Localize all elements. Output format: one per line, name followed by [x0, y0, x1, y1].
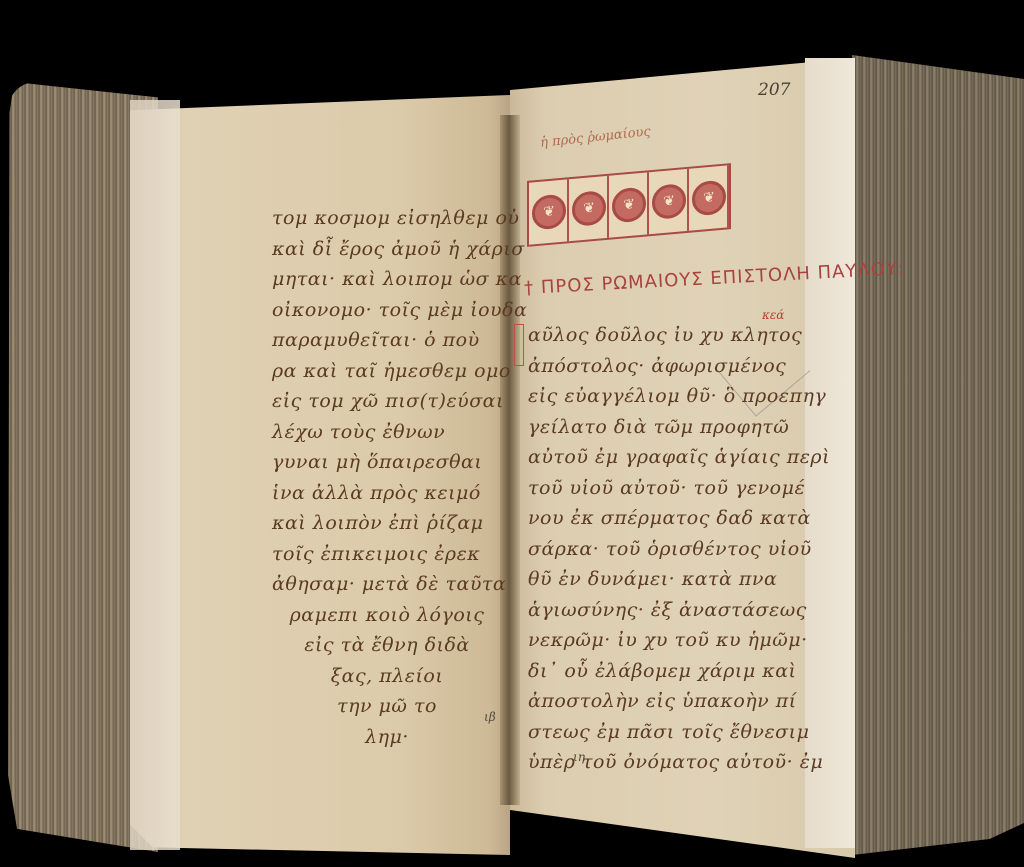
text-line: ρα καὶ ταῖ ἡμεσθεμ ομο	[272, 356, 527, 387]
text-line: σάρκα· τοῦ ὁρισθέντος υἱοῦ	[528, 534, 830, 565]
text-line: νου ἐκ σπέρματος δαδ κατὰ	[528, 503, 830, 534]
text-line: εἰς τομ χῶ πισ(τ)εύσαι	[272, 386, 527, 417]
text-line: νεκρῶμ· ἰυ χυ τοῦ κυ ἡμῶμ·	[528, 625, 830, 656]
right-quire-mark: ιη	[573, 750, 585, 764]
text-line: λέχω τοὺς ἐθνων	[272, 417, 527, 448]
text-line: εἰς εὐαγγέλιομ θῦ· ὃ προεπηγ	[528, 381, 830, 412]
text-line: ἀποστολὴν εἰς ὑπακοὴν πί	[528, 686, 830, 717]
text-line: μηται· καὶ λοιπομ ὡσ κα	[272, 264, 527, 295]
text-line: τομ κοσμομ εἰσηλθεμ οὐ	[272, 203, 527, 234]
text-line: καὶ λοιπὸν ἐπὶ ῥίζαμ	[272, 508, 527, 539]
text-line: ἀθησαμ· μετὰ δὲ ταῦτα	[272, 569, 527, 600]
roundel-icon: ❦	[612, 187, 646, 224]
text-line: καὶ δἶ ἔρος ἀμοῦ ἡ χάρισ	[272, 234, 527, 265]
left-page-text: τομ κοσμομ εἰσηλθεμ οὐ καὶ δἶ ἔρος ἀμοῦ …	[272, 203, 527, 752]
text-line: παραμυθεῖται· ὁ ποὺ	[272, 325, 527, 356]
text-line: την μῶ το	[272, 691, 502, 722]
roundel-icon: ❦	[692, 180, 726, 217]
text-line: εἰς τὰ ἔθνη διδὰ	[272, 630, 502, 661]
text-line: ἱνα ἀλλὰ πρὸς κειμό	[272, 478, 527, 509]
roundel-icon: ❦	[572, 190, 606, 227]
text-line: ξας, πλείοι	[272, 661, 502, 692]
left-flyleaf-stub	[130, 100, 180, 850]
text-line: αῦλος δοῦλος ἰυ χυ κλητος	[528, 320, 830, 351]
right-page-text: αῦλος δοῦλος ἰυ χυ κλητος ἀπόστολος· ἀφω…	[528, 320, 830, 778]
text-line: γείλατο διὰ τῶμ προφητῶ	[528, 412, 830, 443]
folio-number: 207	[758, 80, 790, 100]
text-line: ἀπόστολος· ἀφωρισμένος	[528, 351, 830, 382]
left-quire-mark: ιβ	[484, 710, 496, 724]
text-line: οἰκονομο· τοῖς μὲμ ἰουδα	[272, 295, 527, 326]
text-line: δι᾽ οὗ ἐλάβομεμ χάριμ καὶ	[528, 656, 830, 687]
text-line: τοῦ υἱοῦ αὐτοῦ· τοῦ γενομέ	[528, 473, 830, 504]
text-line: στεως ἐμ πᾶσι τοῖς ἔθνεσιμ	[528, 717, 830, 748]
text-line: ραμεπι κοιὸ λόγοις	[272, 600, 502, 631]
text-line: λημ·	[272, 722, 502, 753]
roundel-icon: ❦	[652, 183, 686, 220]
right-fore-edge	[852, 55, 1024, 855]
text-line: τοῖς ἐπικειμοις ἐρεκ	[272, 539, 527, 570]
text-line: αὐτοῦ ἐμ γραφαῖς ἁγίαις περὶ	[528, 442, 830, 473]
text-line: γυναι μὴ ὅπαιρεσθαι	[272, 447, 527, 478]
roundel-icon: ❦	[532, 194, 566, 231]
text-line: ἁγιωσύνης· ἐξ ἀναστάσεως	[528, 595, 830, 626]
initial-letter-frame	[514, 324, 524, 366]
text-line: θῦ ἐν δυνάμει· κατὰ πνα	[528, 564, 830, 595]
